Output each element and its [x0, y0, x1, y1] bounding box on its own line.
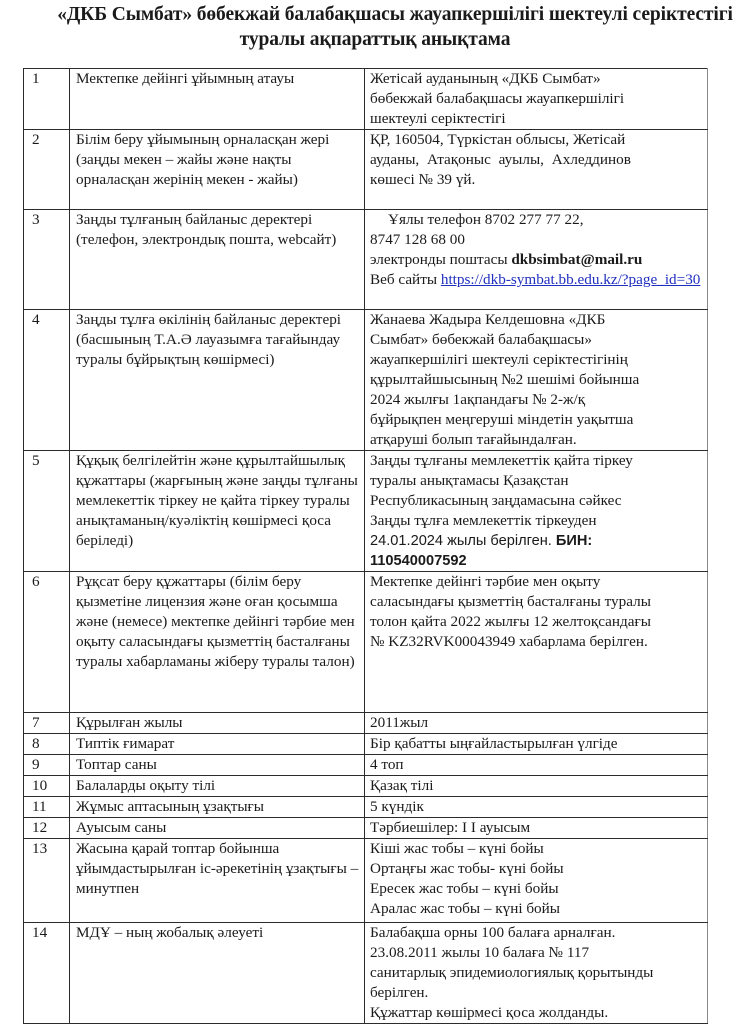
- bin-label: БИН:: [556, 533, 592, 549]
- value-line: санитарлық эпидемиологиялық қорытынды: [370, 963, 703, 983]
- email-line: электронды поштасы dkbsimbat@mail.ru: [370, 250, 703, 270]
- website-label: Веб сайты: [370, 271, 441, 288]
- row-number: 8: [24, 734, 70, 755]
- table-row: 6 Рұқсат беру құжаттары (білім беру қызм…: [24, 572, 708, 713]
- value-line: Сымбат» бөбекжай балабақшасы»: [370, 330, 703, 350]
- value-line: Құжаттар көшірмесі қоса жолданды.: [370, 1003, 703, 1023]
- value-line: шектеулі серіктестігі: [370, 109, 703, 129]
- table-row: 12 Ауысым саны Тәрбиешілер: I I ауысым: [24, 818, 708, 839]
- row-value: Жанаева Жадыра Келдешовна «ДКБ Сымбат» б…: [365, 310, 708, 451]
- row-number: 4: [24, 310, 70, 451]
- row-value: 2011жыл: [365, 713, 708, 734]
- value-line: құрылтайшысының №2 шешімі бойынша: [370, 370, 703, 390]
- row-label: Құқық белгілейтін және құрылтайшылық құж…: [70, 451, 365, 572]
- row-value: Қазақ тілі: [365, 776, 708, 797]
- registration-date-line: 24.01.2024 жылы берілген. БИН:: [370, 531, 703, 551]
- row-value: Балабақша орны 100 балаға арналған. 23.0…: [365, 923, 708, 1024]
- value-line: толон қайта 2022 жылғы 12 желтоқсандағы: [370, 612, 703, 632]
- row-number: 1: [24, 69, 70, 130]
- row-label: Мектепке дейінгі ұйымның атауы: [70, 69, 365, 130]
- value-line: Мектепке дейінгі тәрбие мен оқыту: [370, 572, 703, 592]
- table-row: 9 Топтар саны 4 топ: [24, 755, 708, 776]
- table-row: 10 Балаларды оқыту тілі Қазақ тілі: [24, 776, 708, 797]
- value-line: Балабақша орны 100 балаға арналған.: [370, 923, 703, 943]
- row-value: 5 күндік: [365, 797, 708, 818]
- table-row: 11 Жұмыс аптасының ұзақтығы 5 күндік: [24, 797, 708, 818]
- table-row: 1 Мектепке дейінгі ұйымның атауы Жетісай…: [24, 69, 708, 130]
- title-line-2: туралы ақпараттық анықтама: [0, 27, 749, 52]
- row-label: Жұмыс аптасының ұзақтығы: [70, 797, 365, 818]
- table-row: 7 Құрылған жылы 2011жыл: [24, 713, 708, 734]
- row-value: ҚР, 160504, Түркістан облысы, Жетісай ау…: [365, 130, 708, 210]
- value-line: бөбекжай балабақшасы жауапкершілігі: [370, 89, 703, 109]
- row-label: Заңды тұлға өкілінің байланыс деректері …: [70, 310, 365, 451]
- value-line: ауданы, Атақоныс ауылы, Ахледдинов: [370, 150, 703, 170]
- row-value: Тәрбиешілер: I I ауысым: [365, 818, 708, 839]
- value-line: ҚР, 160504, Түркістан облысы, Жетісай: [370, 130, 703, 150]
- row-number: 3: [24, 210, 70, 310]
- row-label: МДҰ – ның жобалық әлеуеті: [70, 923, 365, 1024]
- row-number: 7: [24, 713, 70, 734]
- value-line: № KZ32RVK00043949 хабарлама берілген.: [370, 632, 703, 652]
- value-line: Заңды тұлғаны мемлекеттік қайта тіркеу: [370, 451, 703, 471]
- value-line: Жетісай ауданының «ДКБ Сымбат»: [370, 69, 703, 89]
- value-line: 23.08.2011 жылы 10 балаға № 117: [370, 943, 703, 963]
- row-value: Бір қабатты ыңғайластырылған үлгіде: [365, 734, 708, 755]
- table-row: 13 Жасына қарай топтар бойынша ұйымдасты…: [24, 839, 708, 923]
- bin-value: 110540007592: [370, 551, 703, 571]
- row-number: 2: [24, 130, 70, 210]
- table-row: 14 МДҰ – ның жобалық әлеуеті Балабақша о…: [24, 923, 708, 1024]
- value-line: Ересек жас тобы – күні бойы: [370, 879, 703, 899]
- row-number: 5: [24, 451, 70, 572]
- value-line: жауапкершілігі шектеулі серіктестігінің: [370, 350, 703, 370]
- value-line: бұйрықпен меңгеруші міндетін уақытша: [370, 410, 703, 430]
- website-link[interactable]: https://dkb-symbat.bb.edu.kz/?page_id=30: [441, 271, 701, 288]
- registration-date: 24.01.2024 жылы берілген.: [370, 533, 556, 549]
- value-line: берілген.: [370, 983, 703, 1003]
- email-label: электронды поштасы: [370, 251, 511, 268]
- row-value: Ұялы телефон 8702 277 77 22, 8747 128 68…: [365, 210, 708, 310]
- table-row: 4 Заңды тұлға өкілінің байланыс деректер…: [24, 310, 708, 451]
- value-line: Аралас жас тобы – күні бойы: [370, 899, 703, 919]
- value-line: атқаруші болып тағайындалған.: [370, 430, 703, 450]
- row-label: Құрылған жылы: [70, 713, 365, 734]
- row-label: Жасына қарай топтар бойынша ұйымдастырыл…: [70, 839, 365, 923]
- row-label: Рұқсат беру құжаттары (білім беру қызмет…: [70, 572, 365, 713]
- value-line: Жанаева Жадыра Келдешовна «ДКБ: [370, 310, 703, 330]
- value-line: Кіші жас тобы – күні бойы: [370, 839, 703, 859]
- table-row: 3 Заңды тұлғаның байланыс деректері (тел…: [24, 210, 708, 310]
- value-line: көшесі № 39 үй.: [370, 170, 703, 190]
- row-value: 4 топ: [365, 755, 708, 776]
- row-value: Кіші жас тобы – күні бойы Ортаңғы жас то…: [365, 839, 708, 923]
- phone-line: Ұялы телефон 8702 277 77 22,: [370, 210, 703, 230]
- value-line: Республикасының заңдамасына сәйкес: [370, 491, 703, 511]
- document-title: «ДКБ Сымбат» бөбекжай балабақшасы жауапк…: [0, 2, 749, 52]
- row-number: 6: [24, 572, 70, 713]
- row-label: Типтік ғимарат: [70, 734, 365, 755]
- website-line: Веб сайты https://dkb-symbat.bb.edu.kz/?…: [370, 270, 703, 290]
- value-line: 2024 жылғы 1ақпандағы № 2-ж/қ: [370, 390, 703, 410]
- row-value: Жетісай ауданының «ДКБ Сымбат» бөбекжай …: [365, 69, 708, 130]
- row-number: 10: [24, 776, 70, 797]
- row-label: Білім беру ұйымының орналасқан жері (заң…: [70, 130, 365, 210]
- row-number: 14: [24, 923, 70, 1024]
- row-number: 9: [24, 755, 70, 776]
- table-row: 2 Білім беру ұйымының орналасқан жері (з…: [24, 130, 708, 210]
- value-line: туралы анықтамасы Қазақстан: [370, 471, 703, 491]
- row-number: 11: [24, 797, 70, 818]
- row-number: 13: [24, 839, 70, 923]
- phone-line: 8747 128 68 00: [370, 230, 703, 250]
- value-line: Ортаңғы жас тобы- күні бойы: [370, 859, 703, 879]
- row-value: Заңды тұлғаны мемлекеттік қайта тіркеу т…: [365, 451, 708, 572]
- table-row: 8 Типтік ғимарат Бір қабатты ыңғайластыр…: [24, 734, 708, 755]
- title-line-1: «ДКБ Сымбат» бөбекжай балабақшасы жауапк…: [57, 4, 733, 25]
- row-number: 12: [24, 818, 70, 839]
- value-line: саласындағы қызметтің басталғаны туралы: [370, 592, 703, 612]
- table-row: 5 Құқық белгілейтін және құрылтайшылық қ…: [24, 451, 708, 572]
- row-label: Заңды тұлғаның байланыс деректері (телеф…: [70, 210, 365, 310]
- row-label: Балаларды оқыту тілі: [70, 776, 365, 797]
- row-label: Ауысым саны: [70, 818, 365, 839]
- email-address[interactable]: dkbsimbat@mail.ru: [511, 251, 642, 268]
- row-value: Мектепке дейінгі тәрбие мен оқыту саласы…: [365, 572, 708, 713]
- value-line: Заңды тұлға мемлекеттік тіркеуден: [370, 511, 703, 531]
- info-table: 1 Мектепке дейінгі ұйымның атауы Жетісай…: [23, 68, 708, 1024]
- row-label: Топтар саны: [70, 755, 365, 776]
